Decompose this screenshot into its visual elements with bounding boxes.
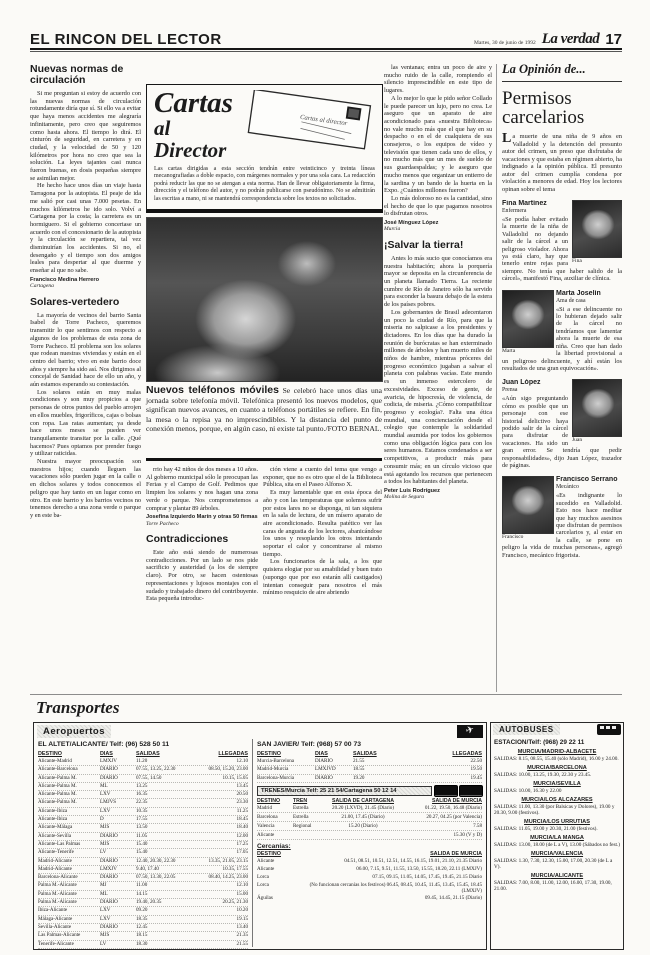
col-salida-murcia: SALIDA DE MURCIA	[401, 798, 482, 804]
col-salidas: SALIDAS	[136, 750, 198, 758]
portrait-caption: Fina	[572, 258, 622, 265]
table-row: Ibiza-Alicante LXV 09.20 10.20	[38, 907, 248, 915]
altet-table-header: DESTINO DIAS SALIDAS LLEGADAS	[38, 750, 248, 758]
table-row: Tenerife-Alicante LV 18.30 21.55	[38, 941, 248, 949]
col-destino: DESTINO	[38, 750, 100, 758]
col-destino: DESTINO	[257, 750, 315, 758]
portrait-photo	[502, 290, 554, 348]
portrait-caption: Marta	[502, 348, 552, 355]
paragraph: Nuestra mayor preocupación son nuestros …	[30, 458, 141, 520]
news-photo	[146, 217, 383, 382]
paragraph: Los solares están en muy malas condicion…	[30, 389, 141, 458]
bus-route: MURCIA/ALICANTE SALIDAS: 7.00, 8.00, 11.…	[494, 873, 620, 892]
table-row: Madrid-Murcia LMXJVD 18.55 19.50	[257, 766, 482, 774]
masthead: La verdad	[542, 31, 600, 48]
letters-column-4: ción viene a cuento del tema que vengo a…	[263, 466, 382, 597]
table-row: Sevilla-Alicante DIARIO 12.45 13.40	[38, 924, 248, 932]
table-row: Barcelona-Murcia DIARIO 19.20 19.45	[257, 775, 482, 783]
cartas-title-row: Cartas al Director Cartas al director	[154, 90, 375, 161]
table-row: Alicante-Málaga MJS 13.50 18.40	[38, 824, 248, 832]
opinion-profile-juan: Juan Juan López Prensa «Aún sigo pregunt…	[502, 379, 622, 469]
table-row: Alicante 04.51, 08.51, 10.51, 12.51, 14.…	[257, 858, 482, 866]
cartas-title: Cartas al Director	[154, 90, 243, 161]
article-body: ción viene a cuento del tema que vengo a…	[263, 466, 382, 597]
trains-header-bar: TRENES/Murcia Telf: 25 21 54/Cartagena 5…	[257, 786, 482, 796]
portrait-photo	[572, 379, 622, 437]
signature: Josefina Izquierdo Marín y otras 50 firm…	[146, 514, 258, 527]
paragraph: Antes lo más sucio que conocíamos era nu…	[384, 255, 492, 309]
newspaper-page: EL RINCON DEL LECTOR Martes, 30 de junio…	[0, 0, 650, 955]
opinion-kicker: La Opinión de...	[502, 62, 622, 82]
divider	[146, 458, 382, 461]
article-title: Nuevas normas de circulación	[30, 64, 141, 86]
cercanias-title: Cercanías:	[257, 843, 482, 850]
signature-location: Cartagena	[30, 283, 141, 289]
altet-title: EL ALTET/ALICANTE/ Telf: (96) 528 50 11	[38, 740, 248, 750]
sanjavier-table: Murcia-Barcelona DIARIO 21.55 22.50 Madr…	[257, 758, 482, 783]
date-label: Martes, 30 de junio de 1992	[474, 40, 536, 48]
table-row: Las Palmas-Alicante MJS 18.15 21.35	[38, 932, 248, 940]
table-row: Alicante-Palma M. LMJVS 22.35 23.30	[38, 799, 248, 807]
portrait: Fina	[572, 200, 622, 265]
portrait: Juan	[572, 379, 622, 444]
table-row: Palma M.-Alicante MJ 11.00 12.10	[38, 882, 248, 890]
cartas-guidelines: Las cartas dirigidas a esta sección tend…	[154, 166, 375, 203]
opinion-profile-francisco: Francisco Francisco Serrano Mecánico «Es…	[502, 476, 622, 559]
article-title: ¡Salvar la tierra!	[384, 240, 492, 251]
paragraph: Lo más doloroso no es la cantidad, sino …	[384, 195, 492, 218]
buses-box: AUTOBUSES ESTACION/Telf: (968) 29 22 11 …	[490, 722, 624, 950]
sanjavier-section: SAN JAVIER/ Telf: (968) 57 00 73 DESTINO…	[253, 739, 486, 947]
opinion-profile-fina: Fina Fina Martínez Enfermera «Se podía h…	[502, 200, 622, 283]
table-row: Barcelona Estrella 21.00, 17.45 (Diario)…	[257, 813, 482, 822]
cartas-title-line2: al Director	[154, 117, 243, 161]
col-destino: DESTINO	[257, 850, 281, 858]
col-dias: DIAS	[100, 750, 136, 758]
letters-column-1: Nuevas normas de circulación Si me pregu…	[30, 64, 141, 520]
signature-location: Molina de Segura	[384, 494, 492, 500]
article-body: Si me preguntan si estoy de acuerdo con …	[30, 90, 141, 275]
col-destino: DESTINO	[257, 798, 293, 804]
train-service-badge	[460, 786, 482, 796]
photo-caption: Nuevos teléfonos móviles Se celebró hace…	[146, 386, 382, 434]
airports-header: Aeropuertos ✈	[34, 723, 486, 739]
paragraph: Este año está siendo de numerosas contra…	[146, 549, 258, 603]
signature: Peter Luis Rodríguez Molina de Segura	[384, 488, 492, 501]
col-dias: DIAS	[315, 750, 353, 758]
opinion-title: Permisos carcelarios	[502, 89, 622, 127]
header-divider	[30, 51, 622, 52]
table-row: Alicante-Ibiza D 17.55 18.45	[38, 816, 248, 824]
paragraph: Los gobernantes de Brasil adecentaron un…	[384, 309, 492, 486]
table-row: Alicante-Palma M. LXV 16.35 20.50	[38, 791, 248, 799]
table-row: Palma M.-Alicante DIARIO 19.40, 20.35 20…	[38, 899, 248, 907]
table-row: Alicante 15.30 (V y D)	[257, 831, 482, 840]
trains-table-header: DESTINO TREN SALIDA DE CARTAGENA SALIDA …	[257, 798, 482, 804]
signature-location: Murcia	[384, 226, 492, 232]
table-row: Barcelona-Alicante DIARIO 07.50, 13.30, …	[38, 874, 248, 882]
paragraph: La mayoría de vecinos del barrio Santa I…	[30, 312, 141, 389]
table-row: Alicante-Sevilla DIARIO 11.05 12.00	[38, 833, 248, 841]
portrait-caption: Juan	[572, 437, 622, 444]
bus-route: MURCIA/BARCELONA SALIDAS: 10.00, 13.25, …	[494, 765, 620, 778]
col-salidas: SALIDAS	[353, 750, 417, 758]
paragraph: Los funcionarios de la sala, a los que q…	[263, 558, 382, 597]
trains-table: Madrid Estrella 20.20 (LXVD), 21.45 (Dia…	[257, 804, 482, 840]
portrait: Marta	[502, 290, 552, 355]
table-row: Alicante-Palma M. DIARIO 07.55, 14.50 10…	[38, 775, 248, 783]
altet-section: EL ALTET/ALICANTE/ Telf: (96) 528 50 11 …	[34, 739, 253, 947]
paragraph: las ventanas; entra un poco de aire y mu…	[384, 64, 492, 95]
col-llegadas: LLEGADAS	[198, 750, 248, 758]
dropcap: L	[502, 133, 512, 145]
article-body: Antes lo más sucio que conocíamos era nu…	[384, 255, 492, 486]
opinion-lead-text: a muerte de una niña de 9 años en Vallad…	[502, 133, 622, 193]
opinion-profile-marta: Marta Marta Joselín Ama de casa «Si a es…	[502, 290, 622, 373]
bus-route: MURCIA/MADRID-ALBACETE SALIDAS: 8.15, 08…	[494, 749, 620, 762]
sanjavier-title: SAN JAVIER/ Telf: (968) 57 00 73	[257, 740, 482, 750]
airports-box: Aeropuertos ✈ EL ALTET/ALICANTE/ Telf: (…	[33, 722, 487, 950]
transport-section-title: Transportes	[36, 698, 119, 718]
article-body: La mayoría de vecinos del barrio Santa I…	[30, 312, 141, 520]
paragraph: A lo mejor lo que le pido señor Collado …	[384, 95, 492, 195]
table-row: Alicante-Tenerife LV 15.40 17.05	[38, 849, 248, 857]
opinion-lead: La muerte de una niña de 9 años en Valla…	[502, 133, 622, 193]
bus-icon	[597, 724, 621, 735]
paragraph: He hecho hace unos días un viaje hasta T…	[30, 182, 141, 274]
buses-header: AUTOBUSES	[491, 723, 623, 736]
table-row: Águilas 09.45, 14.45, 21.15 (Diario)	[257, 895, 482, 903]
bus-routes: MURCIA/MADRID-ALBACETE SALIDAS: 8.15, 08…	[491, 749, 623, 892]
table-row: Madrid Estrella 20.20 (LXVD), 21.45 (Dia…	[257, 804, 482, 813]
page-header: EL RINCON DEL LECTOR Martes, 30 de junio…	[30, 26, 622, 50]
cartas-al-director-box: Cartas al Director Cartas al director La…	[146, 84, 383, 213]
portrait-photo	[572, 200, 622, 258]
paragraph: rrio hay 42 niños de dos meses a 10 años…	[146, 466, 258, 512]
article-body: las ventanas; entra un poco de aire y mu…	[384, 64, 492, 218]
cercanias-table: Alicante 04.51, 08.51, 10.51, 12.51, 14.…	[257, 858, 482, 903]
cercanias-table-header: DESTINO SALIDA DE MURCIA	[257, 850, 482, 858]
bus-route: MURCIA/SEVILLA SALIDAS: 10.00, 16.30 y 2…	[494, 781, 620, 794]
table-row: Lorca (No funcionan cercanías los festiv…	[257, 882, 482, 896]
altet-table: Alicante-Madrid LMXJV 11.20 12.10 Alican…	[38, 758, 248, 949]
table-row: Alicante-Ibiza LXV 10.35 11.25	[38, 808, 248, 816]
table-row: Madrid-Alicante DIARIO 12.40, 20.30, 22.…	[38, 858, 248, 866]
paragraph: ción viene a cuento del tema que vengo a…	[263, 466, 382, 489]
bus-route: MURCIA/LA MANGA SALIDAS: 13.00, 18.00 (d…	[494, 835, 620, 848]
buses-label: AUTOBUSES	[493, 724, 560, 735]
bus-route: MURCIA/LOS URRUTIAS SALIDAS: 11.05, 19.0…	[494, 819, 620, 832]
table-row: Madrid-Alicante LMXJV 9.40, 17.40 10.35,…	[38, 866, 248, 874]
signature-location: Torre Pacheco	[146, 521, 258, 527]
signature: Francisco Medina Herrero Cartagena	[30, 277, 141, 290]
article-title: Contradicciones	[146, 534, 258, 545]
col-tren: TREN	[293, 798, 325, 804]
article-body: rrio hay 42 niños de dos meses a 10 años…	[146, 466, 258, 512]
sanjavier-table-header: DESTINO DIAS SALIDAS LLEGADAS	[257, 750, 482, 758]
envelope-illustration: Cartas al director	[243, 90, 375, 152]
paragraph: Es muy lamentable que en esta época del …	[263, 489, 382, 558]
letters-column-5: las ventanas; entra un poco de aire y mu…	[384, 64, 492, 501]
table-row: Málaga-Alicante LXV 18.35 19.15	[38, 916, 248, 924]
bus-route: MURCIA/LOS ALCAZARES SALIDAS: 11.00, 13.…	[494, 797, 620, 816]
table-row: Alicante-Madrid LMXJV 11.20 12.10	[38, 758, 248, 766]
table-row: Murcia-Barcelona DIARIO 21.55 22.50	[257, 758, 482, 766]
bus-station: ESTACION/Telf: (968) 29 22 11	[494, 738, 620, 747]
train-service-badge	[435, 786, 457, 796]
portrait-caption: Francisco	[502, 534, 552, 541]
signature: José Mínguez López Murcia	[384, 220, 492, 233]
trains-title: TRENES/Murcia Telf: 25 21 54/Cartagena 5…	[257, 786, 432, 796]
opinion-column: La Opinión de... Permisos carcelarios La…	[502, 62, 622, 566]
col-salida-murcia: SALIDA DE MURCIA	[430, 850, 482, 858]
paragraph: Si me preguntan si estoy de acuerdo con …	[30, 90, 141, 182]
table-row: Palma M.-Alicante ML 14.15 15.00	[38, 891, 248, 899]
section-title: EL RINCON DEL LECTOR	[30, 31, 222, 48]
column-divider	[496, 64, 497, 692]
col-salida-cartagena: SALIDA DE CARTAGENA	[325, 798, 401, 804]
bus-route: MURCIA/VALENCIA SALIDAS: 1.30, 7.30, 12.…	[494, 851, 620, 870]
airports-label: Aeropuertos	[37, 725, 111, 738]
table-row: Alicante 06.00, 7.15, 9.51, 11.55, 13.50…	[257, 866, 482, 874]
article-body: Este año está siendo de numerosas contra…	[146, 549, 258, 603]
airports-columns: EL ALTET/ALICANTE/ Telf: (96) 528 50 11 …	[34, 739, 486, 947]
table-row: Alicante-Barcelona DIARIO 07.55, 13.25, …	[38, 766, 248, 774]
caption-lead: Nuevos teléfonos móviles	[146, 384, 279, 396]
letters-column-3: rrio hay 42 niños de dos meses a 10 años…	[146, 466, 258, 603]
col-llegadas: LLEGADAS	[417, 750, 482, 758]
header-right: Martes, 30 de junio de 1992 La verdad 17	[474, 31, 622, 48]
signature-name: Josefina Izquierdo Marín y otras 50 firm…	[146, 514, 258, 520]
table-row: Lorca 07.15, 09.15, 11.05, 14.05, 17.45,…	[257, 874, 482, 882]
airplane-icon: ✈	[457, 725, 483, 738]
portrait: Francisco	[502, 476, 552, 541]
table-row: Alicante-Palma M. ML 13.25 13.45	[38, 783, 248, 791]
article-title: Solares-vertedero	[30, 297, 141, 308]
table-row: Valencia Regional 15.20 (Diario) 7.58	[257, 822, 482, 831]
cartas-title-line1: Cartas	[154, 90, 243, 117]
page-number: 17	[605, 31, 622, 48]
section-divider	[30, 694, 622, 695]
portrait-photo	[502, 476, 554, 534]
